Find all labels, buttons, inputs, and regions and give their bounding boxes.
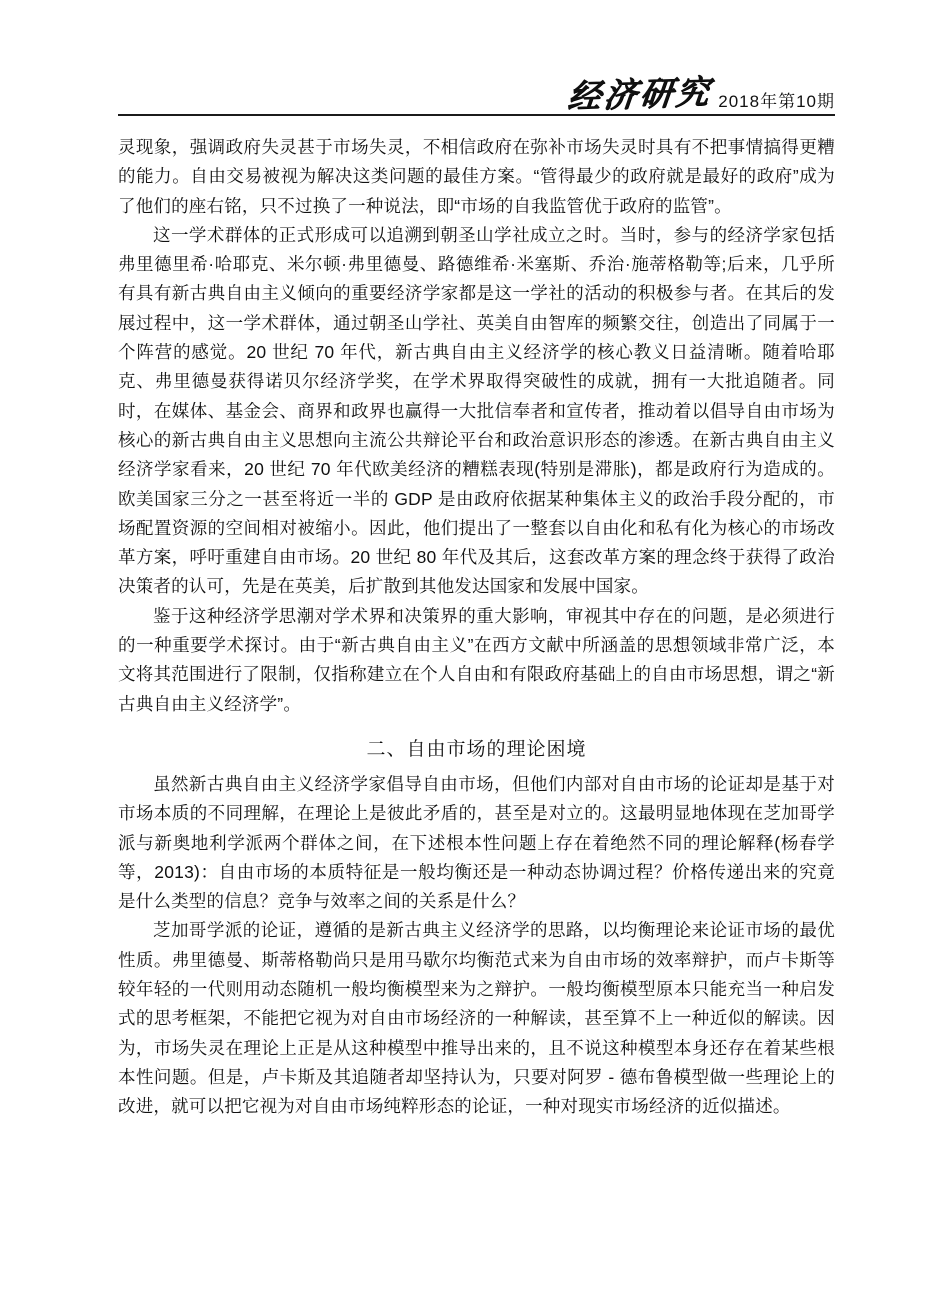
body-paragraph: 芝加哥学派的论证，遵循的是新古典主义经济学的思路，以均衡理论来论证市场的最优性质…	[118, 916, 835, 1121]
journal-logo: 经济研究	[566, 75, 715, 114]
body-paragraph: 灵现象，强调政府失灵甚于市场失灵，不相信政府在弥补市场失灵时具有不把事情搞得更糟…	[118, 133, 835, 221]
page-header: 经济研究 2018年第10期	[118, 0, 835, 114]
body-paragraph: 鉴于这种经济学思潮对学术界和决策界的重大影响，审视其中存在的问题，是必须进行的一…	[118, 602, 835, 719]
body-paragraph: 虽然新古典自由主义经济学家倡导自由市场，但他们内部对自由市场的论证却是基于对市场…	[118, 770, 835, 916]
section-heading: 二、自由市场的理论困境	[118, 735, 835, 764]
issue-label: 2018年第10期	[718, 87, 835, 114]
article-body: 灵现象，强调政府失灵甚于市场失灵，不相信政府在弥补市场失灵时具有不把事情搞得更糟…	[118, 116, 835, 1122]
body-paragraph: 这一学术群体的正式形成可以追溯到朝圣山学社成立之时。当时，参与的经济学家包括弗里…	[118, 221, 835, 602]
document-page: 经济研究 2018年第10期 灵现象，强调政府失灵甚于市场失灵，不相信政府在弥补…	[0, 0, 950, 1290]
